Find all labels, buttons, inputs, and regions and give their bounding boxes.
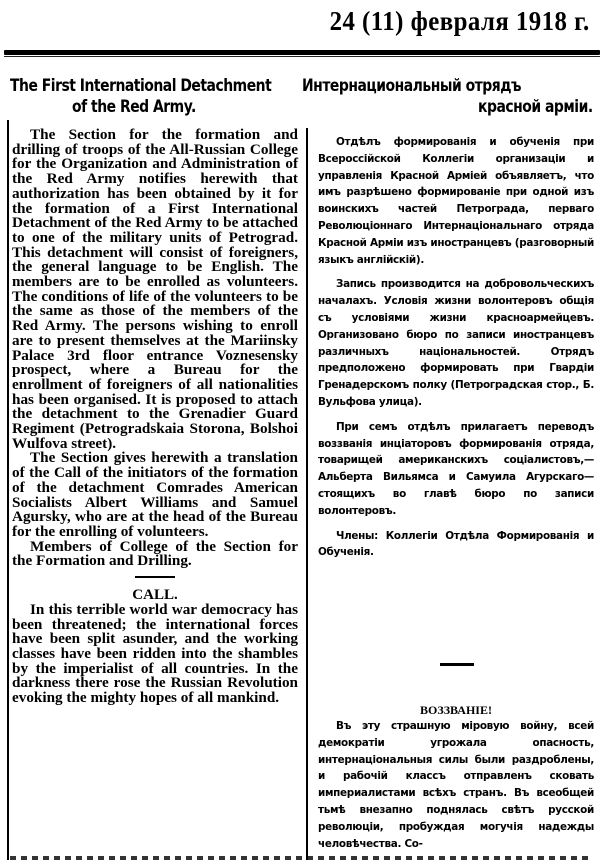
russian-paragraph-2: Запись производится на добровольческихъ … — [318, 276, 594, 410]
russian-paragraph-3: При семъ отдѣлъ прилагаетъ переводъ возз… — [318, 419, 594, 520]
appeal-text: Въ эту страшную міровую войну, всей демо… — [318, 718, 594, 852]
headline-russian-line1: Интернациональный отрядъ — [302, 76, 521, 96]
header-rule-thin — [4, 56, 600, 57]
dateline: 24 (11) февраля 1918 г. — [330, 6, 590, 37]
headline-english-line2: of the Red Army. — [72, 97, 196, 117]
russian-signature: Члены: Коллегіи Отдѣла Формированія и Об… — [318, 528, 594, 562]
left-column-border — [7, 120, 9, 860]
newspaper-clipping: 24 (11) февраля 1918 г. The First Intern… — [0, 0, 604, 864]
column-divider — [306, 128, 308, 860]
appeal-heading: ВОЗЗВАНІЕ! — [318, 703, 594, 718]
headline-english-line1: The First International Detachment — [10, 76, 271, 96]
russian-column: Отдѣлъ формированія и обученія при Всеро… — [318, 134, 594, 569]
english-signature: Members of College of the Section for th… — [12, 540, 298, 569]
english-paragraph-2: The Section gives herewith a translation… — [12, 451, 298, 539]
russian-appeal: Въ эту страшную міровую войну, всей демо… — [318, 718, 594, 852]
english-paragraph-1: The Section for the formation and drilli… — [12, 128, 298, 451]
call-text: In this terrible world war democracy has… — [12, 603, 298, 706]
russian-section-separator — [440, 663, 474, 666]
headline-russian-line2: красной арміи. — [478, 97, 593, 117]
section-separator — [135, 576, 175, 578]
header-rule — [4, 50, 600, 55]
english-column: The Section for the formation and drilli… — [12, 128, 298, 706]
torn-bottom-edge — [10, 856, 590, 860]
russian-paragraph-1: Отдѣлъ формированія и обученія при Всеро… — [318, 134, 594, 268]
